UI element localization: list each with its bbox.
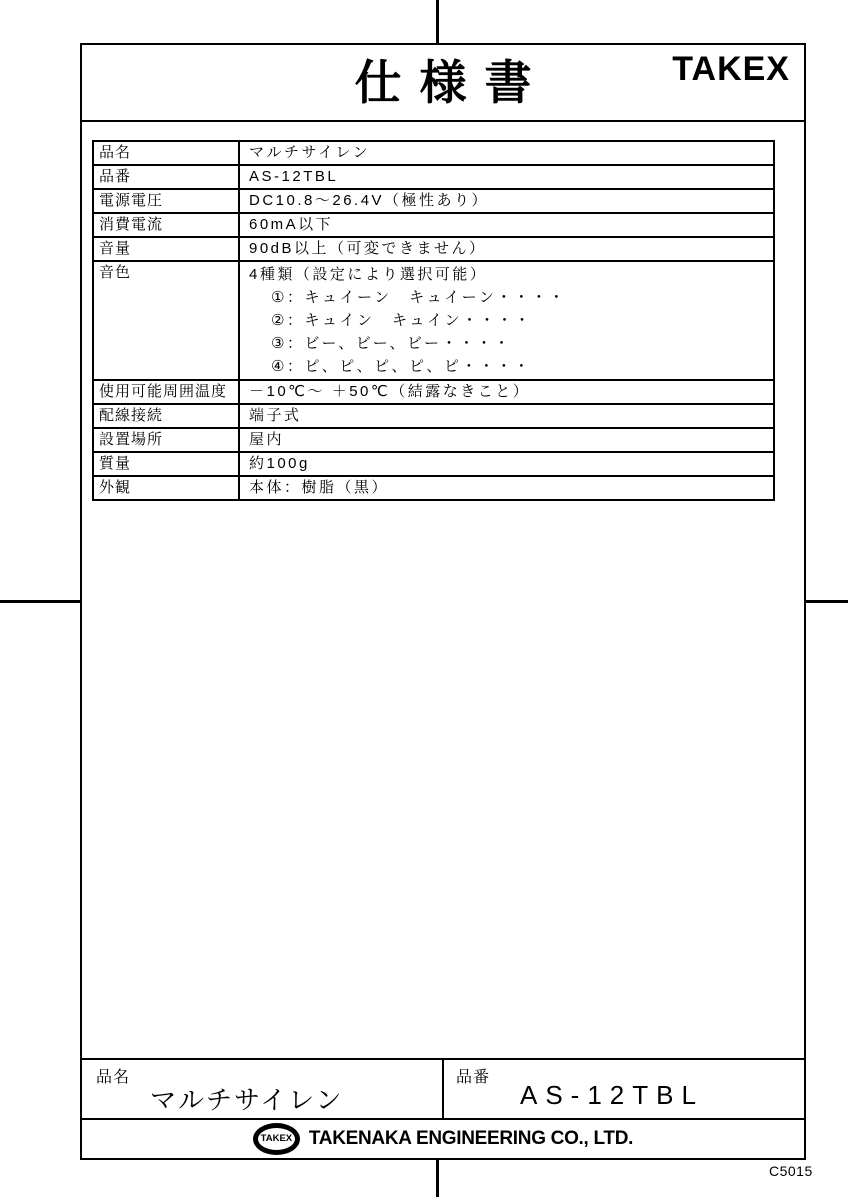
spec-value: 屋内 [240,429,773,451]
spec-label: 音色 [94,262,240,379]
footer-title-block: 品名 マルチサイレン 品番 AS-12TBL [80,1058,806,1120]
company-band: TAKEX TAKENAKA ENGINEERING CO., LTD. [80,1118,806,1160]
spec-label: 使用可能周囲温度 [94,381,240,403]
spec-label: 電源電圧 [94,190,240,212]
tone-option-3: ③：ビー、ビー、ビー・・・・ [249,332,764,355]
spec-value: 約100g [240,453,773,475]
spec-value: マルチサイレン [240,142,773,164]
crop-mark-bottom [436,1159,439,1197]
takex-brand-logo: TAKEX [672,50,790,89]
tone-option-2: ②：キュイン キュイン・・・・ [249,309,764,332]
table-row: 消費電流 60mA以下 [94,214,773,238]
table-row: 使用可能周囲温度 －10℃～ ＋50℃（結露なきこと） [94,381,773,405]
tone-option-4: ④：ピ、ピ、ピ、ピ、ピ・・・・ [249,355,764,378]
spec-value: －10℃～ ＋50℃（結露なきこと） [240,381,773,403]
table-row: 設置場所 屋内 [94,429,773,453]
spec-label: 品番 [94,166,240,188]
product-name-label: 品名 [96,1064,130,1087]
table-row: 音量 90dB以上（可変できません） [94,238,773,262]
spec-label: 消費電流 [94,214,240,236]
doc-code: C5015 [769,1163,813,1179]
table-row: 配線接続 端子式 [94,405,773,429]
crop-mark-right [805,600,848,603]
spec-sheet-page: 仕様書 TAKEX 品名 マルチサイレン 品番 AS-12TBL 電源電圧 DC… [0,0,848,1200]
spec-value: 90dB以上（可変できません） [240,238,773,260]
tone-summary: 4種類（設定により選択可能） [249,263,764,286]
part-number: AS-12TBL [520,1080,704,1111]
header-band: 仕様書 TAKEX [80,43,806,122]
crop-mark-top [436,0,439,43]
spec-label: 設置場所 [94,429,240,451]
spec-table: 品名 マルチサイレン 品番 AS-12TBL 電源電圧 DC10.8～26.4V… [92,140,775,501]
table-row: 電源電圧 DC10.8～26.4V（極性あり） [94,190,773,214]
table-row: 品番 AS-12TBL [94,166,773,190]
crop-mark-left [0,600,81,603]
spec-value: 4種類（設定により選択可能） ①：キュイーン キュイーン・・・・ ②：キュイン … [240,262,773,379]
takex-logo-text: TAKEX [261,1134,293,1144]
table-row: 外観 本体：樹脂（黒） [94,477,773,499]
tone-option-1: ①：キュイーン キュイーン・・・・ [249,286,764,309]
spec-label: 配線接続 [94,405,240,427]
part-number-label: 品番 [456,1064,490,1087]
takex-logo-icon: TAKEX [253,1123,300,1155]
spec-value: 60mA以下 [240,214,773,236]
spec-value: 本体：樹脂（黒） [240,477,773,499]
spec-label: 質量 [94,453,240,475]
spec-value: DC10.8～26.4V（極性あり） [240,190,773,212]
spec-value: AS-12TBL [240,166,773,188]
company-name: TAKENAKA ENGINEERING CO., LTD. [309,1128,633,1150]
spec-label: 音量 [94,238,240,260]
footer-cell-divider [442,1060,444,1118]
spec-label: 品名 [94,142,240,164]
table-row: 質量 約100g [94,453,773,477]
spec-value: 端子式 [240,405,773,427]
product-name: マルチサイレン [150,1080,344,1117]
spec-label: 外観 [94,477,240,499]
table-row: 品名 マルチサイレン [94,142,773,166]
table-row-tone: 音色 4種類（設定により選択可能） ①：キュイーン キュイーン・・・・ ②：キュ… [94,262,773,381]
